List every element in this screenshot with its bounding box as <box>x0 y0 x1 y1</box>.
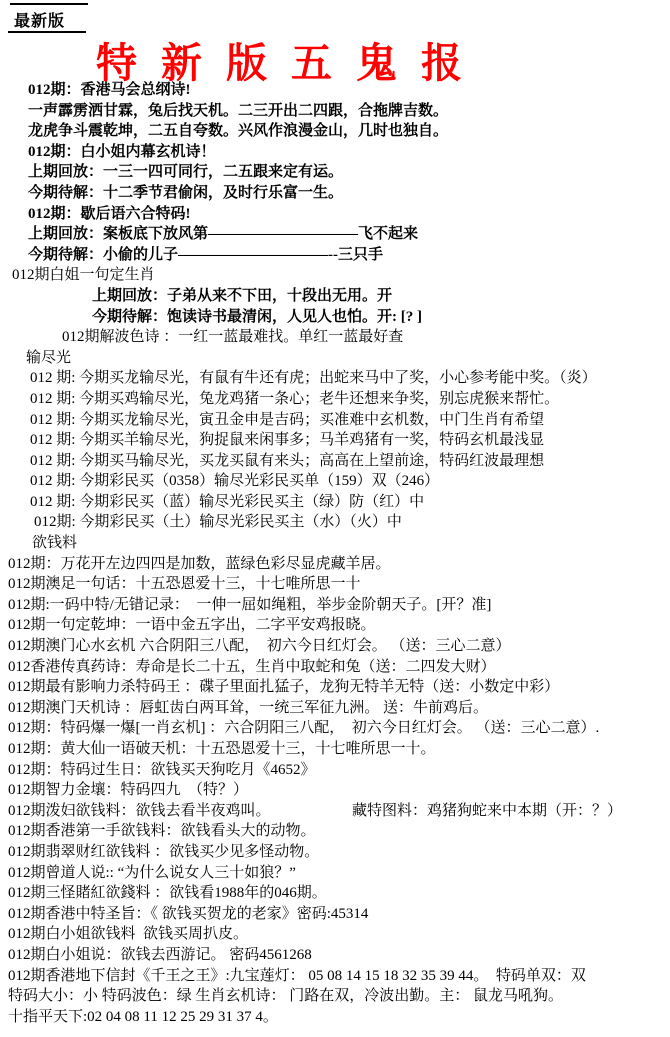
text-line-content: 龙虎争斗震乾坤，二五自夸数。兴风作浪漫金山，几时也独自。 <box>28 123 448 139</box>
text-line: 012期翡翠财红欲钱料 ：欲钱买少见多怪动物。 <box>0 842 670 863</box>
text-line-content: 特码大小：小 特码波色：绿 生肖玄机诗： 门路在双，冷波出勤。主： 鼠龙马吼狗。 <box>8 988 563 1004</box>
text-line-content: 012期：特码过生日：欲钱买天狗吃月《4652》 <box>8 762 316 778</box>
text-line-content: 012 期: 今期买羊输尽光，狗捉鼠来闲事多；马羊鸡猪有一奖，特码玄机最浅显 <box>30 432 544 448</box>
text-line-content: 012期泼妇欲钱料：欲钱去看半夜鸡叫。 <box>8 803 271 819</box>
text-line-content: 012期香港地下信封《千王之王》:九宝莲灯： 05 08 14 15 18 32… <box>8 968 586 984</box>
text-line: 012期白小姐说：欲钱去西游记。 密码4561268 <box>0 945 670 966</box>
text-line-content: 输尽光 <box>26 350 71 366</box>
text-line-content: 012期澳门天机诗 ：唇虹齿白两耳耸，一统三军征九洲。 送：牛前鸡后。 <box>8 700 488 716</box>
text-line: 012期：万花开左边四四是加数，蓝绿色彩尽显虎藏羊居。 <box>0 554 670 575</box>
text-line: 012 期: 今期买鸡输尽光，兔龙鸡猪一条心；老牛还想来争奖，别忘虎猴来帮忙。 <box>0 389 670 410</box>
text-line-content: 今期待解：小偷的儿子——————————--三只手 <box>28 247 383 263</box>
text-line: 012期澳门天机诗 ：唇虹齿白两耳耸，一统三军征九洲。 送：牛前鸡后。 <box>0 698 670 719</box>
text-line-content: 012期: 今期彩民买（土）输尽光彩民买主（水）（火）中 <box>34 514 402 530</box>
text-line-content: 012期澳门心水玄机 六合阴阳三八配， 初六今日红灯会。 （送：三心二意） <box>8 638 511 654</box>
text-line: 上期回放：子弟从来不下田，十段出无用。开 <box>0 286 670 307</box>
text-line-content: 012期：香港马会总纲诗! <box>28 82 191 98</box>
text-line-content: 上期回放：子弟从来不下田，十段出无用。开 <box>92 288 392 304</box>
text-line: 欲钱料 <box>0 533 670 554</box>
text-line-content: 012期白姐一句定生肖 <box>12 267 155 283</box>
text-line: 龙虎争斗震乾坤，二五自夸数。兴风作浪漫金山，几时也独自。 <box>0 121 670 142</box>
text-line: 012期曾道人说:: “为什么说女人三十如狼？” <box>0 863 670 884</box>
text-line: 十指平天下:02 04 08 11 12 25 29 31 37 4。 <box>0 1007 670 1028</box>
text-line-content: 012期三怪賭紅欲錢料 ：欲钱看1988年的046期。 <box>8 885 327 901</box>
text-line-content: 012期：万花开左边四四是加数，蓝绿色彩尽显虎藏羊居。 <box>8 556 391 572</box>
text-line: 012期泼妇欲钱料：欲钱去看半夜鸡叫。藏特图料：鸡猪狗蛇来中本期（开：？） <box>0 801 670 822</box>
text-line-content: 012期白小姐说：欲钱去西游记。 密码4561268 <box>8 947 312 963</box>
text-line: 012期解波色诗 ：一红一蓝最难找。单红一蓝最好查 <box>0 327 670 348</box>
text-line: 012期智力金壤：特码四九 （特？） <box>0 780 670 801</box>
text-line: 一声霹雳洒甘霖，兔后找天机。二三开出二四跟，合拖牌吉数。 <box>0 101 670 122</box>
text-line: 012期白姐一句定生肖 <box>0 265 670 286</box>
text-line: 今期待解：十二季节君偷闲，及时行乐富一生。 <box>0 183 670 204</box>
text-line: 012期澳门心水玄机 六合阴阳三八配， 初六今日红灯会。 （送：三心二意） <box>0 636 670 657</box>
text-line: 012 期: 今期买龙输尽光，寅丑金申是吉码；买准难中玄机数，中门生肖有希望 <box>0 410 670 431</box>
text-line-content: 上期回放：一三一四可同行，二五跟来定有运。 <box>28 164 343 180</box>
text-line: 012 期: 今期买马输尽光，买龙买鼠有来头；高高在上望前途，特码红波最理想 <box>0 451 670 472</box>
text-line: 输尽光 <box>0 348 670 369</box>
hidden-special-picture-note: 藏特图料：鸡猪狗蛇来中本期（开：？） <box>352 801 622 822</box>
text-line: 012期澳足一句话：十五恐恩爱十三，十七唯所思一十 <box>0 574 670 595</box>
text-line: 012期: 今期彩民买（土）输尽光彩民买主（水）（火）中 <box>0 512 670 533</box>
text-line-content: 今期待解：十二季节君偷闲，及时行乐富一生。 <box>28 185 343 201</box>
text-line-content: 012香港传真药诗：寿命是长二十五，生肖中取蛇和兔（送：二四发大财） <box>8 659 496 675</box>
text-line: 012期最有影响力杀特码王 ：碟子里面扎猛子，龙狗无特羊无特（送：小数定中彩） <box>0 677 670 698</box>
text-line: 012期：歇后语六合特码! <box>0 204 670 225</box>
text-line-content: 012 期: 今期买鸡输尽光，兔龙鸡猪一条心；老牛还想来争奖，别忘虎猴来帮忙。 <box>30 391 559 407</box>
badge-bottom-rule <box>8 31 86 33</box>
text-line: 特码大小：小 特码波色：绿 生肖玄机诗： 门路在双，冷波出勤。主： 鼠龙马吼狗。 <box>0 986 670 1007</box>
text-line-content: 012期：歇后语六合特码! <box>28 206 191 222</box>
text-line-content: 012期：特码爆一爆[一肖玄机] ：六合阴阳三八配， 初六今日红灯会。 （送：三… <box>8 720 599 736</box>
text-line-content: 一声霹雳洒甘霖，兔后找天机。二三开出二四跟，合拖牌吉数。 <box>28 103 448 119</box>
text-line: 012期一句定乾坤：一语中金五字出，二字平安鸡报晓。 <box>0 615 670 636</box>
text-line: 上期回放：一三一四可同行，二五跟来定有运。 <box>0 162 670 183</box>
text-line-content: 012 期: 今期买龙输尽光，寅丑金申是吉码；买准难中玄机数，中门生肖有希望 <box>30 412 544 428</box>
text-line: 012期香港中特圣旨：《 欲钱买贺龙的老家》密码:45314 <box>0 904 670 925</box>
text-line-content: 欲钱料 <box>32 535 77 551</box>
text-line: 上期回放：案板底下放风第——————————飞不起来 <box>0 224 670 245</box>
text-line: 012期香港地下信封《千王之王》:九宝莲灯： 05 08 14 15 18 32… <box>0 966 670 987</box>
text-line-content: 012期解波色诗 ：一红一蓝最难找。单红一蓝最好查 <box>62 329 403 345</box>
text-line: 012期三怪賭紅欲錢料 ：欲钱看1988年的046期。 <box>0 883 670 904</box>
text-line-content: 今期待解：饱读诗书最清闲，人见人也怕。开: [? ] <box>92 309 422 325</box>
text-line: 012香港传真药诗：寿命是长二十五，生肖中取蛇和兔（送：二四发大财） <box>0 657 670 678</box>
text-line-content: 012期：黄大仙一语破天机：十五恐恩爱十三，十七唯所思一十。 <box>8 741 436 757</box>
text-line-content: 十指平天下:02 04 08 11 12 25 29 31 37 4。 <box>8 1009 278 1025</box>
text-line-content: 012 期: 今期买马输尽光，买龙买鼠有来头；高高在上望前途，特码红波最理想 <box>30 453 544 469</box>
latest-edition-badge: 最新版 <box>14 8 65 31</box>
text-line: 012期：香港马会总纲诗! <box>0 80 670 101</box>
text-line-content: 012期最有影响力杀特码王 ：碟子里面扎猛子，龙狗无特羊无特（送：小数定中彩） <box>8 679 559 695</box>
text-line: 012 期: 今期买羊输尽光，狗捉鼠来闲事多；马羊鸡猪有一奖，特码玄机最浅显 <box>0 430 670 451</box>
text-line: 今期待解：小偷的儿子——————————--三只手 <box>0 245 670 266</box>
text-line-content: 012期翡翠财红欲钱料 ：欲钱买少见多怪动物。 <box>8 844 319 860</box>
text-line: 012 期: 今期彩民买（蓝）输尽光彩民买主（绿）防（红）中 <box>0 492 670 513</box>
text-line: 012期：特码过生日：欲钱买天狗吃月《4652》 <box>0 760 670 781</box>
text-line-content: 012 期: 今期买龙输尽光，有鼠有牛还有虎；出蛇来马中了奖，小心参考能中奖。（… <box>30 370 597 386</box>
text-line: 012 期: 今期买龙输尽光，有鼠有牛还有虎；出蛇来马中了奖，小心参考能中奖。（… <box>0 368 670 389</box>
text-line-content: 012期曾道人说:: “为什么说女人三十如狼？” <box>8 865 296 881</box>
text-line-content: 012期澳足一句话：十五恐恩爱十三，十七唯所思一十 <box>8 576 361 592</box>
text-line: 012期白小姐欲钱料 欲钱买周扒皮。 <box>0 924 670 945</box>
text-line: 012期：特码爆一爆[一肖玄机] ：六合阴阳三八配， 初六今日红灯会。 （送：三… <box>0 718 670 739</box>
text-line-content: 012期：白小姐内幕玄机诗！ <box>28 144 216 160</box>
text-line: 012期香港第一手欲钱料：欲钱看头大的动物。 <box>0 821 670 842</box>
text-line-content: 012期白小姐欲钱料 欲钱买周扒皮。 <box>8 926 248 942</box>
text-line: 012期:一码中特/无错记录： 一伸一屈如绳粗，举步金阶朝天子。[开？准] <box>0 595 670 616</box>
badge-top-rule <box>10 3 88 5</box>
text-line: 012期：白小姐内幕玄机诗！ <box>0 142 670 163</box>
text-line-content: 012期智力金壤：特码四九 （特？） <box>8 782 248 798</box>
text-line-content: 012期一句定乾坤：一语中金五字出，二字平安鸡报晓。 <box>8 617 376 633</box>
text-line-content: 012 期: 今期彩民买（0358）输尽光彩民买单（159）双（246） <box>30 473 439 489</box>
text-line-content: 012期香港中特圣旨：《 欲钱买贺龙的老家》密码:45314 <box>8 906 368 922</box>
text-line-content: 012期香港第一手欲钱料：欲钱看头大的动物。 <box>8 823 316 839</box>
five-ghost-report-page: 最新版 特新版五鬼报 012期：香港马会总纲诗!一声霹雳洒甘霖，兔后找天机。二三… <box>0 0 670 1037</box>
document-lines: 012期：香港马会总纲诗!一声霹雳洒甘霖，兔后找天机。二三开出二四跟，合拖牌吉数… <box>0 80 670 1027</box>
text-line-content: 012 期: 今期彩民买（蓝）输尽光彩民买主（绿）防（红）中 <box>30 494 424 510</box>
text-line-content: 上期回放：案板底下放风第——————————飞不起来 <box>28 226 418 242</box>
text-line-content: 012期:一码中特/无错记录： 一伸一屈如绳粗，举步金阶朝天子。[开？准] <box>8 597 491 613</box>
text-line: 012 期: 今期彩民买（0358）输尽光彩民买单（159）双（246） <box>0 471 670 492</box>
text-line: 012期：黄大仙一语破天机：十五恐恩爱十三，十七唯所思一十。 <box>0 739 670 760</box>
text-line: 今期待解：饱读诗书最清闲，人见人也怕。开: [? ] <box>0 307 670 328</box>
